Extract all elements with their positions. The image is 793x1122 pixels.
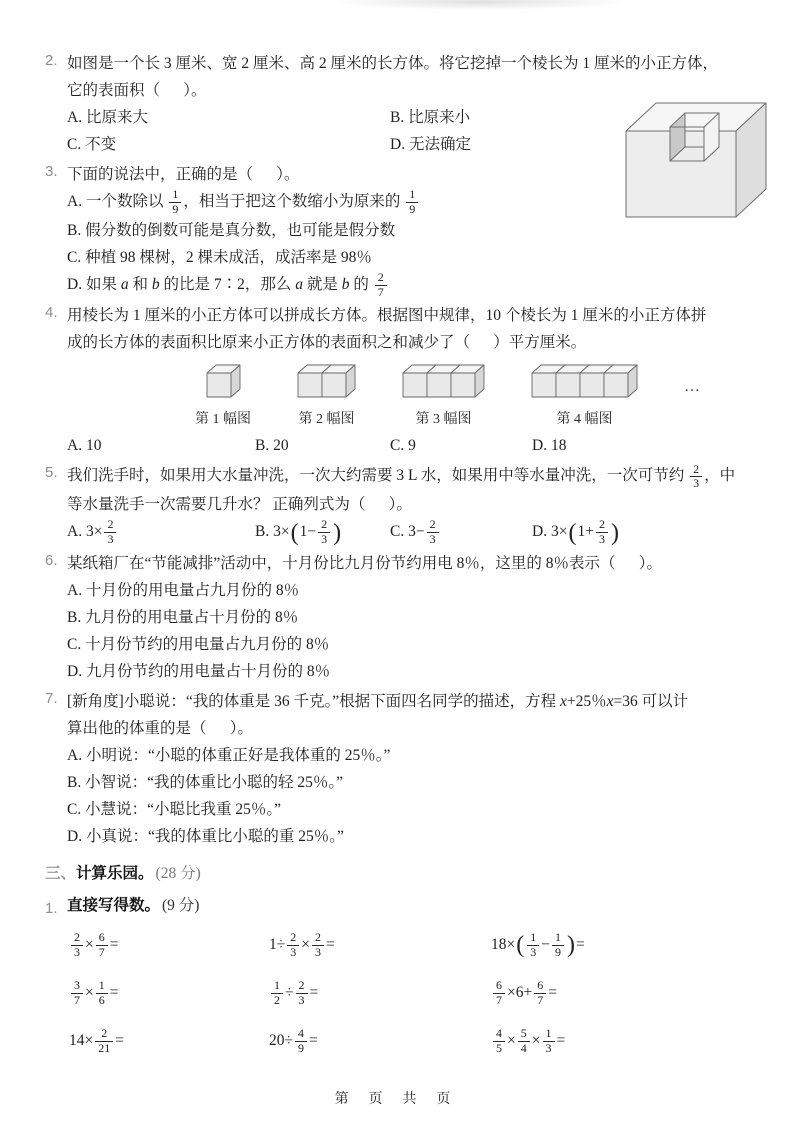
cube-figure-2: 第 2 幅图 [297, 364, 356, 428]
page-content: 2. 如图是一个长 3 厘米、宽 2 厘米、高 2 厘米的长方体。将它挖掉一个棱… [45, 50, 763, 1056]
question-7-stem-line2: 算出他的体重的是（ ）。 [67, 715, 763, 742]
question-2-option-d: D. 无法确定 [390, 131, 763, 158]
question-7-option-c: C. 小慧说：“小聪比我重 25％。” [67, 796, 763, 823]
question-2-option-b: B. 比原来小 [390, 104, 763, 131]
cube-strip-4 [531, 364, 638, 403]
question-2-option-c: C. 不变 [67, 131, 390, 158]
question-6-option-d: D. 九月份节约的用电量占十月份的 8％ [67, 658, 763, 685]
section-3-heading: 三、计算乐园。(28 分) [45, 860, 763, 888]
question-4-options: A. 10 B. 20 C. 9 D. 18 [67, 432, 763, 459]
question-2-stem-line2: 它的表面积（ ）。 [67, 77, 763, 104]
question-3-option-b: B. 假分数的倒数可能是真分数，也可能是假分数 [67, 217, 763, 244]
question-4-option-a: A. 10 [67, 432, 255, 459]
question-5-option-d: D. 3×(1+23) [532, 518, 763, 547]
calc-expression-4: 37×16= [69, 978, 269, 1008]
question-5-option-a: A. 3×23 [67, 518, 255, 547]
question-4-option-d: D. 18 [532, 432, 763, 459]
question-4-stem-line2: 成的长方体的表面积比原来小正方体的表面积之和减少了（ ）平方厘米。 [67, 329, 763, 356]
question-5-stem-line1: 我们洗手时，如果用大水量冲洗，一次大约需要 3 L 水，如果用中等水量冲洗，一次… [67, 462, 763, 491]
question-3-number: 3. [45, 163, 58, 180]
question-7-option-d: D. 小真说：“我的体重比小聪的重 25％。” [67, 823, 763, 850]
question-7-number: 7. [45, 690, 58, 707]
section-3-points: (28 分) [156, 865, 201, 882]
cube-figure-2-label: 第 2 幅图 [299, 408, 355, 428]
question-3-option-d: D. 如果 a 和 b 的比是 7∶2，那么 a 就是 b 的 27 [67, 271, 763, 300]
question-4-option-b: B. 20 [255, 432, 390, 459]
cube-figure-1-label: 第 1 幅图 [195, 408, 251, 428]
calc-expression-9: 45×54×13= [491, 1026, 763, 1056]
question-4-option-c: C. 9 [390, 432, 532, 459]
cube-figure-4: 第 4 幅图 [531, 364, 638, 428]
cube-strip-2 [297, 364, 356, 403]
question-5: 5. 我们洗手时，如果用大水量冲洗，一次大约需要 3 L 水，如果用中等水量冲洗… [45, 462, 763, 546]
question-7-option-b: B. 小智说：“我的体重比小聪的轻 25％。” [67, 769, 763, 796]
page-footer: 第 页 共 页 [0, 1088, 793, 1108]
cube-strip-1 [206, 364, 241, 403]
question-4-number: 4. [45, 304, 58, 321]
section-3-number: 三、 [45, 865, 76, 882]
question-4-stem-line1: 用棱长为 1 厘米的小正方体可以拼成长方体。根据图中规律，10 个棱长为 1 厘… [67, 302, 763, 329]
cube-figure-4-label: 第 4 幅图 [557, 408, 613, 428]
question-3-option-c: C. 种植 98 棵树，2 棵未成活，成活率是 98％ [67, 244, 763, 271]
question-7: 7. [新角度]小聪说：“我的体重是 36 千克。”根据下面四名同学的描述，方程… [45, 688, 763, 850]
cube-figure-3: 第 3 幅图 [402, 364, 485, 428]
question-5-option-c: C. 3−23 [390, 518, 532, 547]
calculation-grid: 23×67= 1÷23×23= 18×(13−19)= 37×16= 12÷23… [47, 930, 763, 1056]
cube-strip-3 [402, 364, 485, 403]
question-5-option-b: B. 3×(1−23) [255, 518, 390, 547]
calc-expression-7: 14×221= [69, 1026, 269, 1056]
question-6-option-a: A. 十月份的用电量占九月份的 8％ [67, 577, 763, 604]
continuation-ellipsis: … [684, 378, 702, 396]
question-3-option-a: A. 一个数除以 19，相当于把这个数缩小为原来的 19 [67, 188, 763, 217]
question-5-stem-line2: 等水量洗手一次需要几升水？ 正确列式为（ ）。 [67, 491, 763, 518]
calc-expression-6: 67×6+67= [491, 978, 763, 1008]
calc-expression-2: 1÷23×23= [269, 930, 491, 960]
subsection-1-number: 1. [45, 895, 58, 923]
scan-shadow [330, 0, 630, 10]
cube-figure-1: 第 1 幅图 [195, 364, 251, 428]
question-2-option-a: A. 比原来大 [67, 104, 390, 131]
cube-figure-3-label: 第 3 幅图 [416, 408, 472, 428]
question-2-options: A. 比原来大 B. 比原来小 C. 不变 D. 无法确定 [67, 104, 763, 158]
section-3-title: 计算乐园。 [76, 865, 154, 882]
question-7-stem-line1: [新角度]小聪说：“我的体重是 36 千克。”根据下面四名同学的描述，方程 x+… [67, 688, 763, 715]
subsection-1-heading: 1.直接写得数。(9 分) [45, 892, 763, 920]
exam-page: 2. 如图是一个长 3 厘米、宽 2 厘米、高 2 厘米的长方体。将它挖掉一个棱… [0, 0, 793, 1122]
question-5-options: A. 3×23 B. 3×(1−23) C. 3−23 D. 3×(1+23) [67, 518, 763, 547]
question-6-stem: 某纸箱厂在“节能减排”活动中，十月份比九月份节约用电 8％，这里的 8％表示（ … [67, 550, 763, 577]
question-3-stem: 下面的说法中，正确的是（ ）。 [67, 161, 763, 188]
calc-expression-5: 12÷23= [269, 978, 491, 1008]
question-3: 3. 下面的说法中，正确的是（ ）。 A. 一个数除以 19，相当于把这个数缩小… [45, 161, 763, 299]
question-6-number: 6. [45, 552, 58, 569]
question-7-option-a: A. 小明说：“小聪的体重正好是我体重的 25％。” [67, 742, 763, 769]
calc-expression-8: 20÷49= [269, 1026, 491, 1056]
question-2-number: 2. [45, 52, 58, 69]
subsection-1-points: (9 分) [162, 897, 199, 914]
question-4: 4. 用棱长为 1 厘米的小正方体可以拼成长方体。根据图中规律，10 个棱长为 … [45, 302, 763, 459]
calc-expression-3: 18×(13−19)= [491, 930, 763, 960]
subsection-1-title: 直接写得数。 [67, 897, 160, 914]
question-2: 2. 如图是一个长 3 厘米、宽 2 厘米、高 2 厘米的长方体。将它挖掉一个棱… [45, 50, 763, 158]
question-5-number: 5. [45, 464, 58, 481]
cube-figures-row: 第 1 幅图 第 2 幅图 第 3 幅图 第 4 幅图 … [195, 364, 763, 428]
question-6-option-b: B. 九月份的用电量占十月份的 8％ [67, 604, 763, 631]
question-6-option-c: C. 十月份节约的用电量占九月份的 8％ [67, 631, 763, 658]
question-6: 6. 某纸箱厂在“节能减排”活动中，十月份比九月份节约用电 8％，这里的 8％表… [45, 550, 763, 685]
calc-expression-1: 23×67= [69, 930, 269, 960]
question-2-stem-line1: 如图是一个长 3 厘米、宽 2 厘米、高 2 厘米的长方体。将它挖掉一个棱长为 … [67, 50, 763, 77]
